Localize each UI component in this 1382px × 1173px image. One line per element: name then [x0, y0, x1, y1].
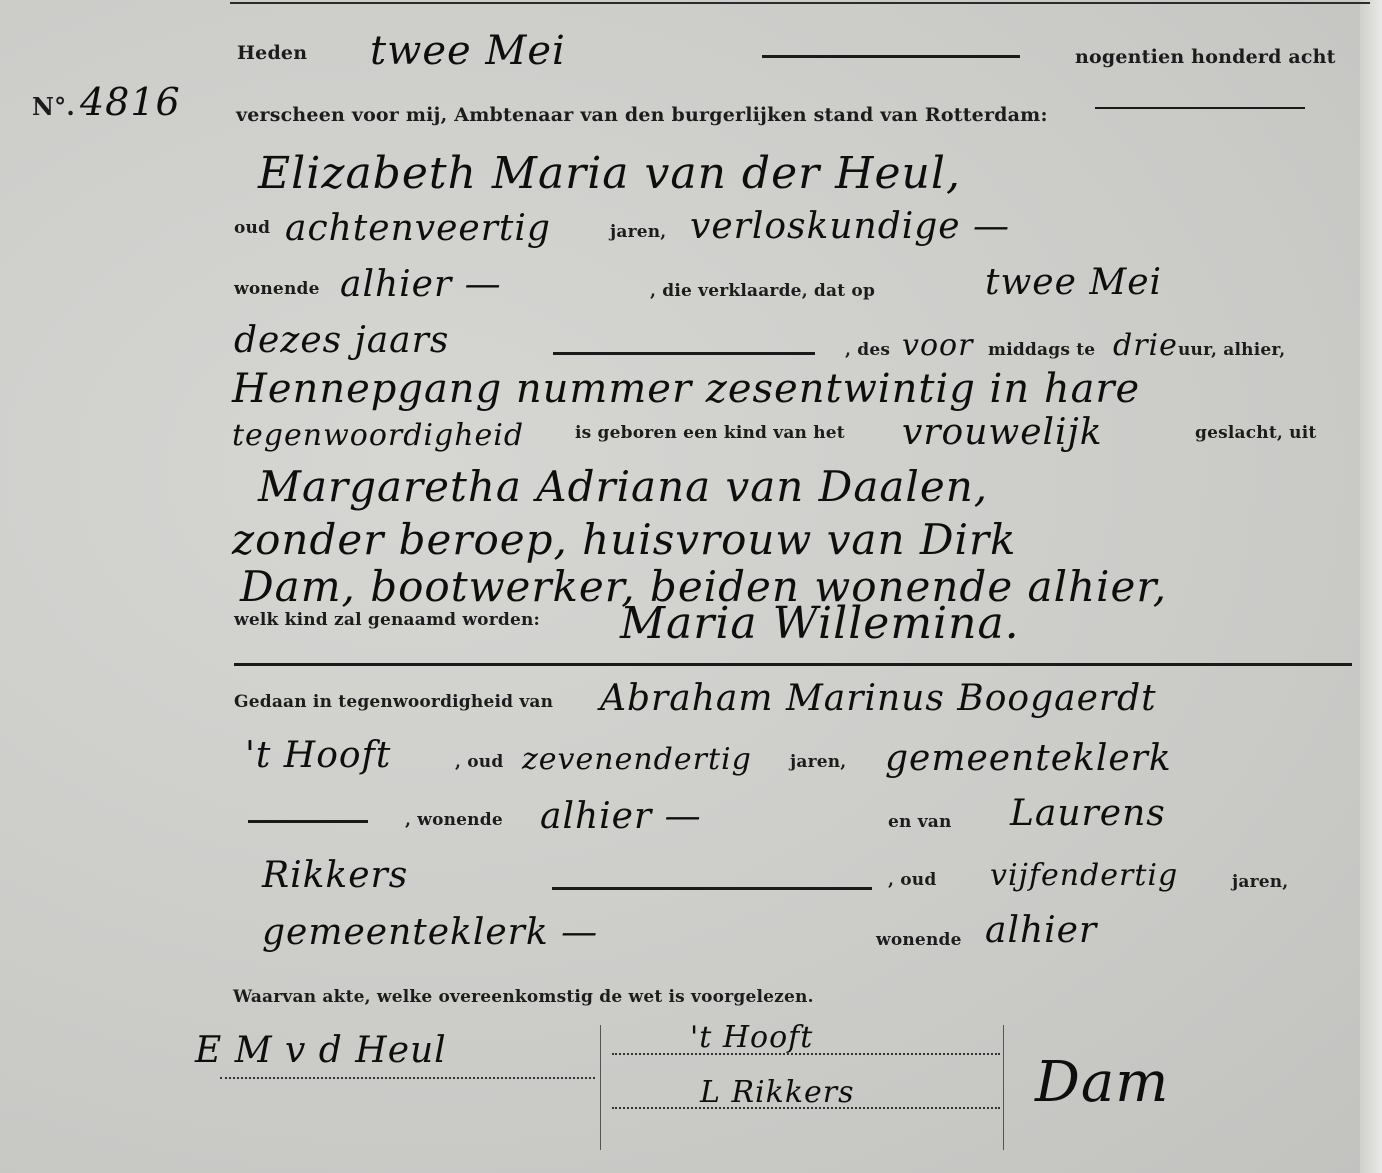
hw-witness1-age: zevenendertig	[522, 742, 752, 777]
printed-jaren3: jaren,	[1232, 872, 1288, 892]
hw-declarant-occupation: verloskundige —	[690, 206, 1010, 247]
hw-declarant-age: achtenveertig	[285, 208, 551, 249]
signature-declarant: E M v d Heul	[195, 1030, 447, 1071]
hw-mother-name: Margaretha Adriana van Daalen,	[258, 462, 988, 511]
printed-middags: middags te	[988, 340, 1095, 360]
signature-divider	[600, 1025, 601, 1150]
hw-presence: tegenwoordigheid	[232, 418, 524, 453]
hw-witness1-residence: alhier —	[540, 796, 702, 837]
hw-date: twee Mei	[370, 28, 566, 74]
document-page: N°. 4816 Heden twee Mei nogentien honder…	[0, 0, 1382, 1173]
printed-oud: oud	[234, 218, 270, 238]
page-edge	[1360, 0, 1382, 1173]
printed-gedaan: Gedaan in tegenwoordigheid van	[234, 692, 553, 712]
hw-witness1-name: Abraham Marinus Boogaerdt	[600, 678, 1157, 719]
top-rule	[230, 2, 1370, 4]
printed-en-van: en van	[888, 812, 952, 832]
printed-wonende3: wonende	[876, 930, 962, 950]
printed-jaren2: jaren,	[790, 752, 846, 772]
fill-line	[553, 352, 815, 355]
hw-address: Hennepgang nummer zesentwintig in hare	[232, 366, 1140, 412]
printed-geslacht: geslacht, uit	[1195, 423, 1316, 443]
printed-waarvan: Waarvan akte, welke overeenkomstig de we…	[233, 987, 814, 1007]
fill-line	[1095, 107, 1305, 109]
printed-die-verklaarde: , die verklaarde, dat op	[650, 281, 875, 301]
printed-heden: Heden	[237, 42, 307, 64]
hw-witness2-name: Laurens	[1010, 793, 1166, 834]
fill-line	[762, 55, 1020, 58]
signature-line	[220, 1077, 595, 1079]
hw-witness1-occupation: gemeenteklerk	[885, 738, 1172, 779]
hw-witness2-name2: Rikkers	[262, 855, 408, 896]
printed-welk-kind: welk kind zal genaamd worden:	[234, 610, 540, 630]
signature-witness2: L Rikkers	[700, 1075, 855, 1110]
printed-des: , des	[845, 340, 890, 360]
hw-child-name: Maria Willemina.	[620, 598, 1020, 649]
signature-witness1: 't Hooft	[690, 1020, 813, 1055]
section-divider	[234, 663, 1352, 666]
hw-declarant-residence: alhier —	[340, 264, 502, 305]
fill-line	[248, 820, 368, 823]
hw-mother-line2: zonder beroep, huisvrouw van Dirk	[232, 515, 1017, 564]
record-number-value: 4816	[80, 80, 181, 124]
hw-declarant-name: Elizabeth Maria van der Heul,	[258, 148, 961, 199]
hw-birth-date: twee Mei	[985, 262, 1162, 303]
printed-wonende: wonende	[234, 279, 320, 299]
hw-sex: vrouwelijk	[902, 412, 1103, 453]
hw-witness2-residence: alhier	[985, 910, 1097, 951]
hw-witness1-name2: 't Hooft	[245, 735, 391, 776]
hw-hour: drie	[1113, 328, 1178, 363]
printed-uur: uur, alhier,	[1178, 340, 1285, 360]
fill-line	[552, 887, 872, 890]
printed-oud2: , oud	[455, 752, 503, 772]
hw-witness2-age: vijfendertig	[990, 858, 1178, 893]
hw-time-of-day: voor	[902, 328, 973, 363]
printed-jaren: jaren,	[610, 222, 666, 242]
printed-is-geboren: is geboren een kind van het	[575, 423, 845, 443]
printed-wonende2: , wonende	[405, 810, 503, 830]
record-number-label: N°.	[32, 92, 75, 121]
hw-birth-year: dezes jaars	[234, 320, 449, 361]
printed-verscheen: verscheen voor mij, Ambtenaar van den bu…	[236, 104, 1048, 126]
record-number: N°. 4816	[32, 80, 181, 124]
hw-witness2-occupation: gemeenteklerk —	[262, 912, 598, 953]
printed-year: nogentien honderd acht	[1075, 46, 1336, 68]
signature-divider	[1003, 1025, 1004, 1150]
printed-oud3: , oud	[888, 870, 936, 890]
signature-official: Dam	[1035, 1050, 1169, 1115]
